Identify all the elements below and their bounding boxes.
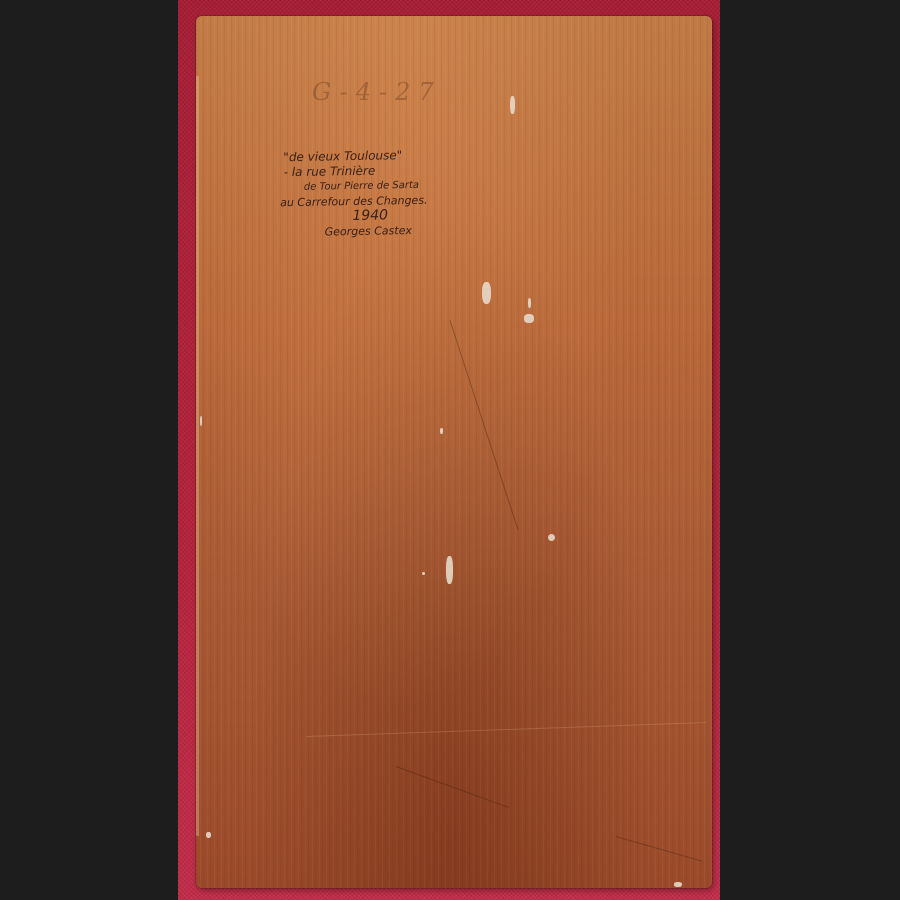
panel-edge-highlight (196, 76, 199, 836)
paint-fleck (674, 882, 682, 887)
paint-fleck (206, 832, 211, 838)
paint-fleck (446, 556, 453, 584)
paint-fleck (440, 428, 443, 434)
paint-fleck (524, 314, 534, 323)
dark-backdrop-left (0, 0, 178, 900)
paint-fleck (200, 416, 202, 426)
scratch-mark (306, 722, 706, 737)
paint-fleck (548, 534, 555, 541)
paint-fleck (510, 96, 515, 114)
scratch-mark (450, 320, 519, 530)
handwritten-inscription: "de vieux Toulouse" - la rue Trinière de… (279, 146, 541, 241)
paint-fleck (528, 298, 531, 308)
scratch-mark (396, 766, 509, 808)
paint-fleck (482, 282, 491, 304)
dark-backdrop-right (720, 0, 900, 900)
inscription-signature: Georges Castex (281, 221, 541, 241)
catalog-number-note: G-4-27 (312, 78, 442, 106)
wooden-panel-back: G-4-27 "de vieux Toulouse" - la rue Trin… (196, 16, 712, 888)
scratch-mark (616, 836, 703, 862)
paint-fleck (422, 572, 425, 575)
